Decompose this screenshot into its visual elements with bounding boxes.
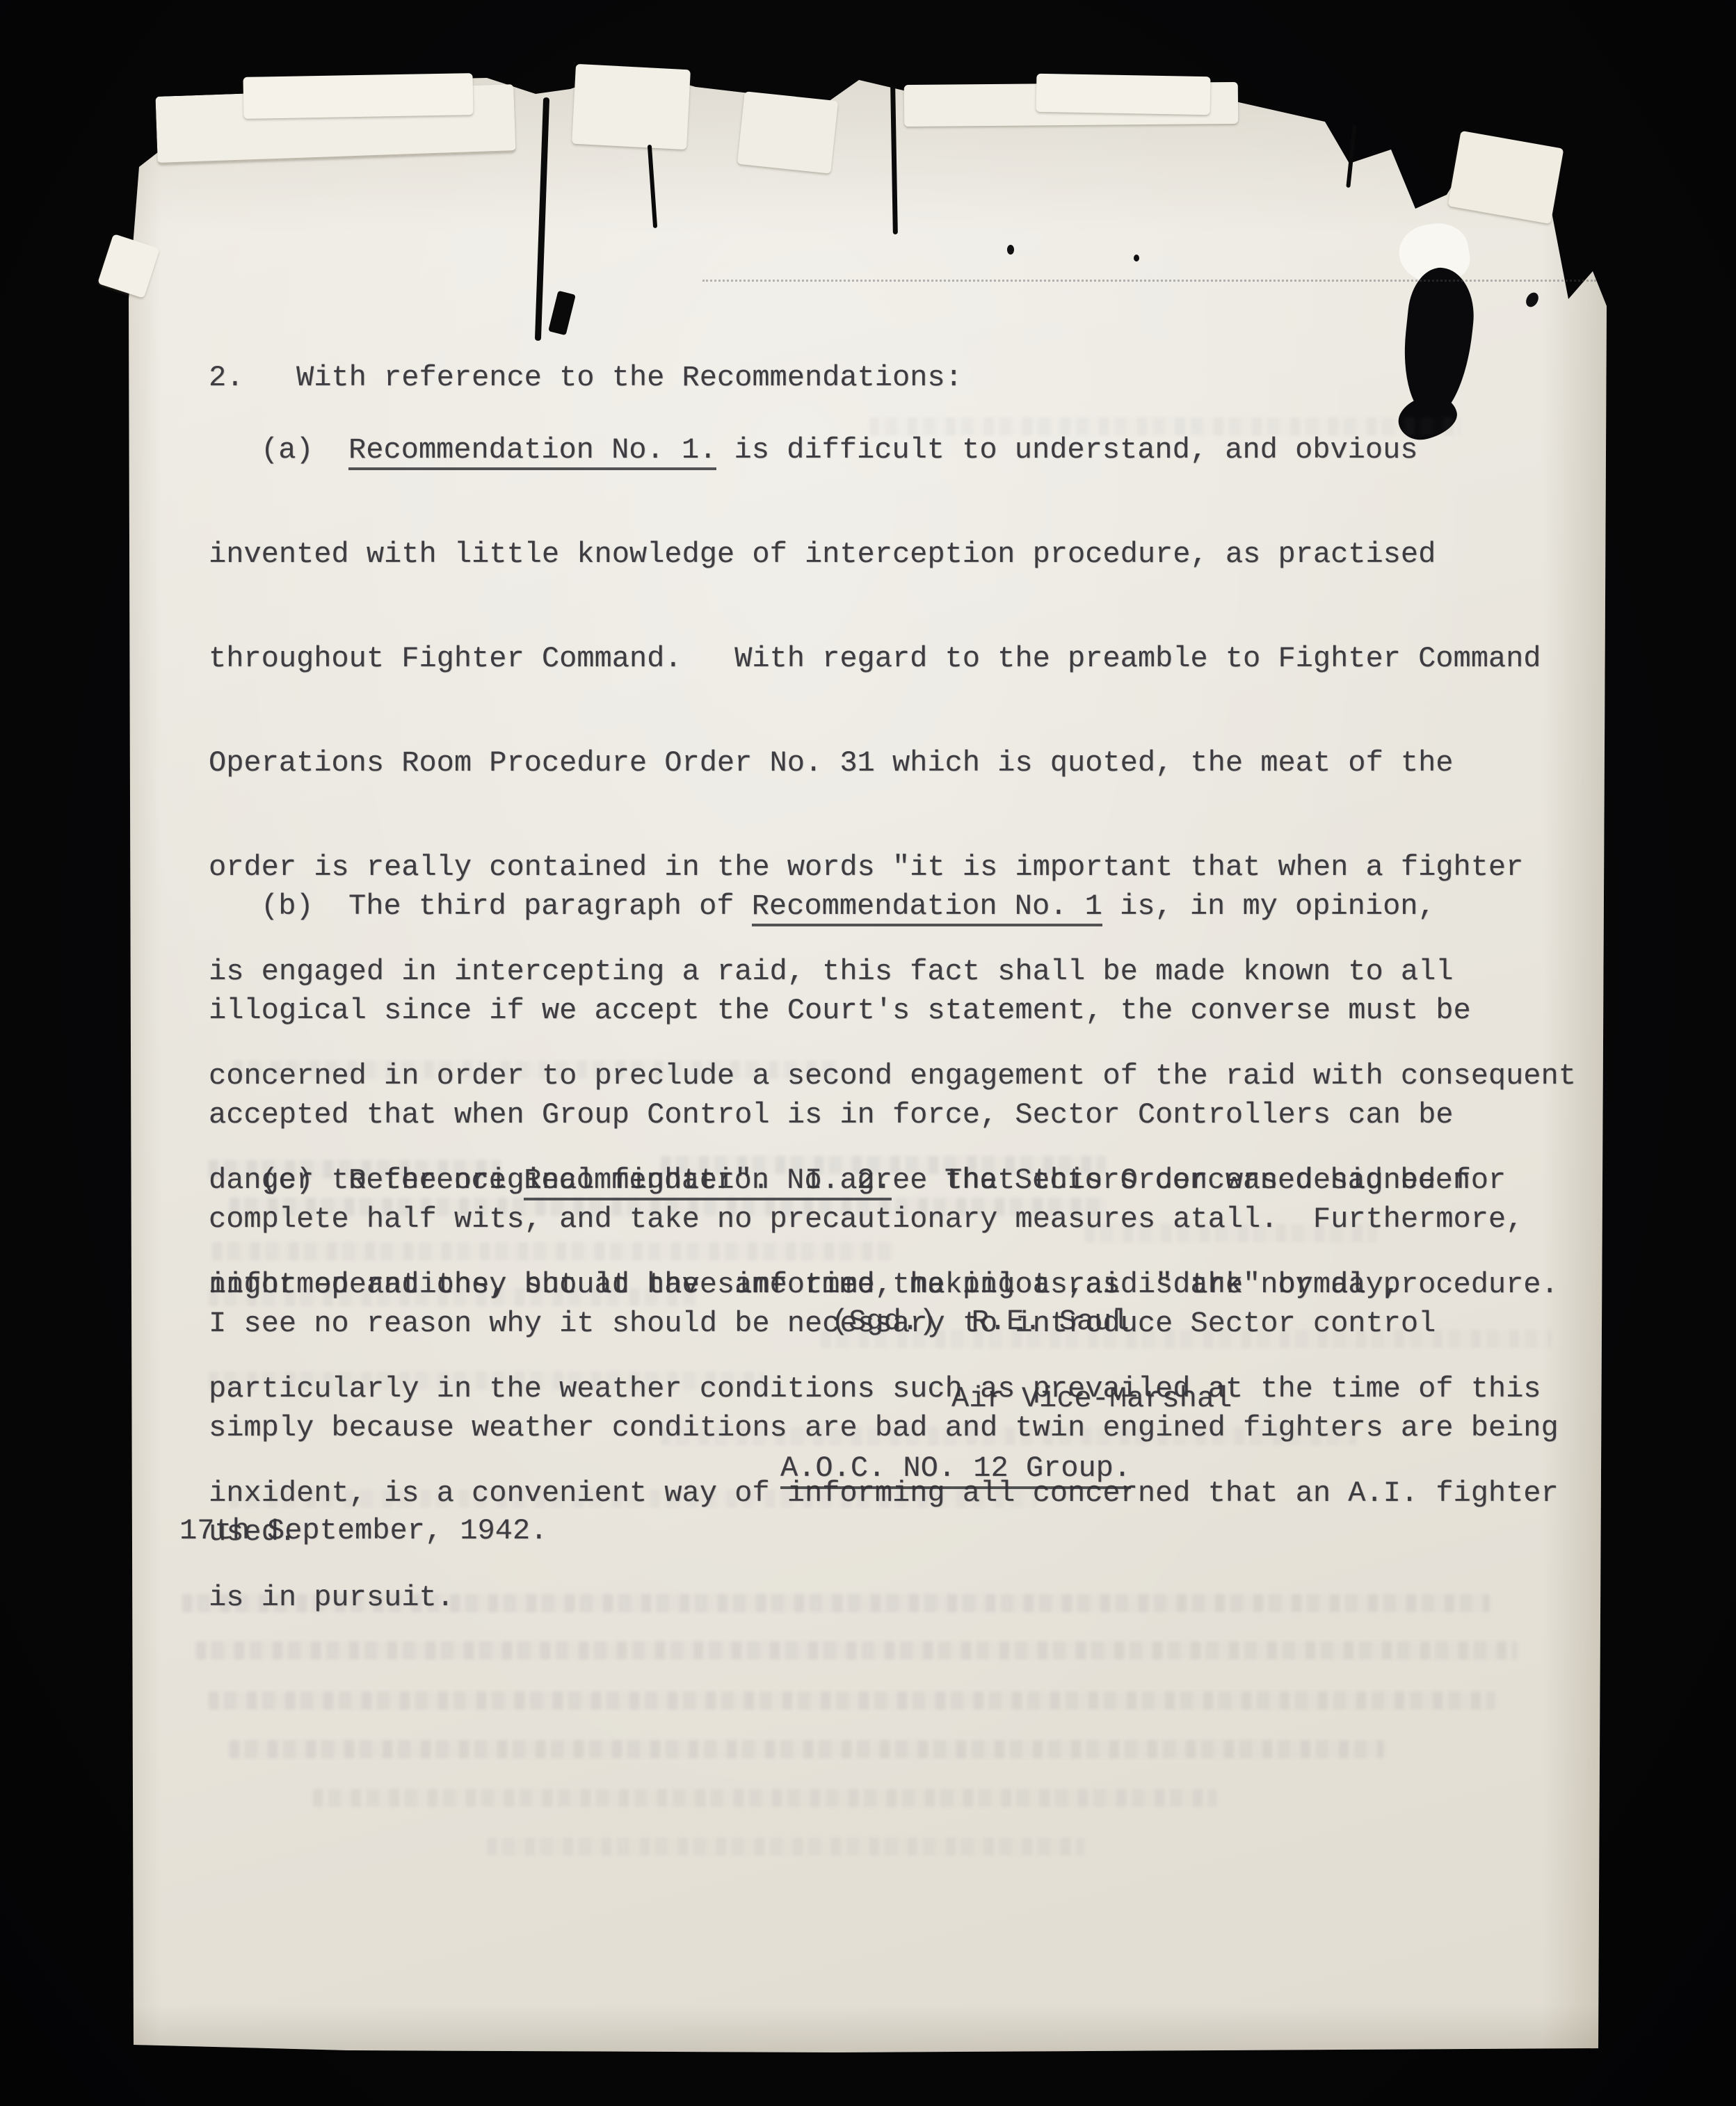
bleedthrough-text-ghost (209, 1691, 1495, 1710)
paragraph-a-label: (a) (261, 433, 348, 467)
recommendation-1-underlined: Recommendation No. 1. (348, 433, 716, 470)
paper-bottom-shading (129, 2004, 1608, 2057)
paragraph-b-label: (b) The third paragraph of (261, 890, 752, 923)
date-line: 17th September, 1942. (179, 1444, 547, 1618)
paragraph-c-line1-rest: The Sectors concerned had been (892, 1164, 1470, 1197)
text-line: (c) Reference Recommendation No. 2. The … (209, 1163, 1559, 1198)
bleedthrough-text-ghost (313, 1789, 1217, 1807)
bleedthrough-text-ghost (230, 1740, 1384, 1758)
torn-flap (737, 91, 838, 174)
text-line: 17th September, 1942. (179, 1513, 547, 1548)
paper-speck (1134, 255, 1139, 262)
document-scan: 2. With reference to the Recommendations… (0, 0, 1736, 2106)
signature-unit: A.O.C. NO. 12 Group. (780, 1381, 1131, 1559)
recommendation-2-underlined: Recommendation No. 2. (524, 1164, 892, 1200)
text-line: throughout Fighter Command. With regard … (209, 641, 1576, 676)
text-line: illogical since if we accept the Court's… (209, 993, 1559, 1028)
text-line: (b) The third paragraph of Recommendatio… (209, 889, 1559, 924)
paper-speck (1007, 245, 1014, 255)
text-line: Operations Room Procedure Order No. 31 w… (209, 746, 1576, 780)
paper-left-shading (129, 66, 161, 2057)
paragraph-b-line1-rest: is, in my opinion, (1102, 890, 1436, 923)
torn-flap (243, 73, 474, 119)
bleedthrough-text-ghost (487, 1838, 1085, 1856)
recommendation-1-underlined: Recommendation No. 1 (752, 890, 1102, 926)
paragraph-a-line1-rest: is difficult to understand, and obvious (716, 433, 1417, 467)
text-line: (a) Recommendation No. 1. is difficult t… (209, 433, 1576, 467)
torn-flap (572, 64, 691, 150)
paragraph-c-label: (c) Reference (261, 1164, 524, 1197)
crease-dotted-line (702, 280, 1596, 282)
text-line: A.O.C. NO. 12 Group. (780, 1451, 1131, 1489)
text-line: invented with little knowledge of interc… (209, 537, 1576, 572)
torn-flap (1036, 74, 1211, 115)
